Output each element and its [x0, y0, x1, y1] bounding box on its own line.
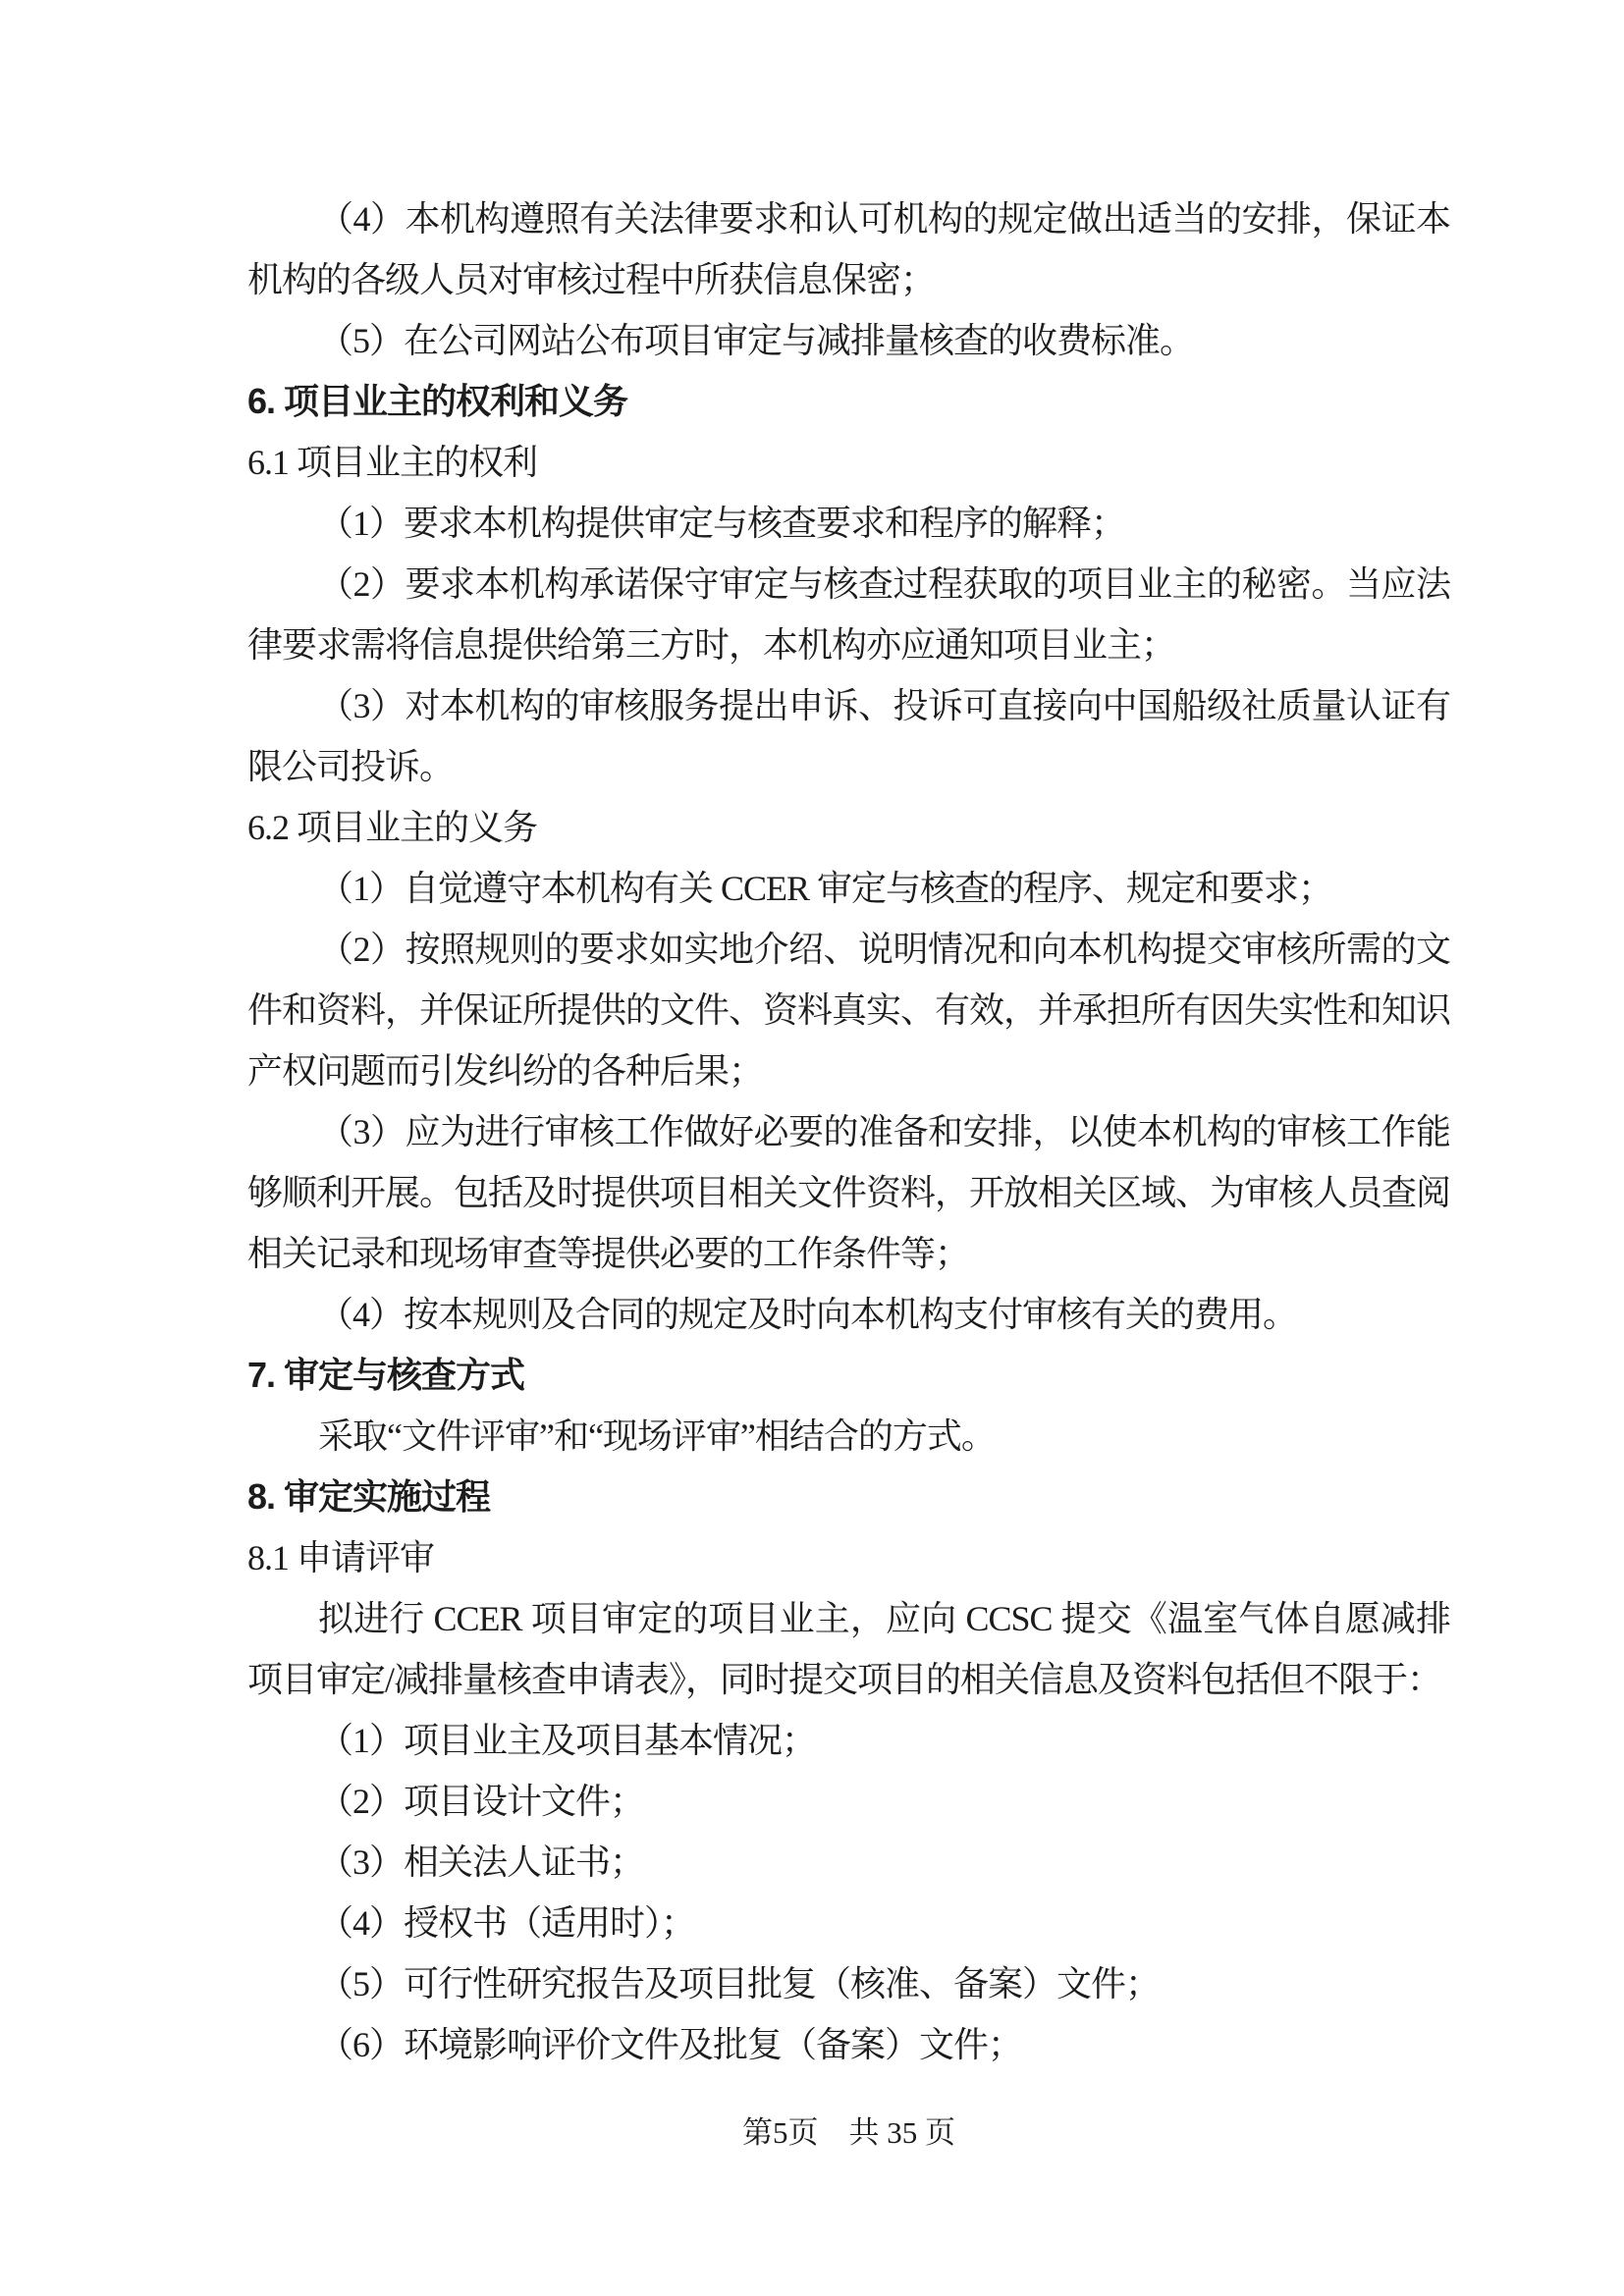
para-6-1-item-2: （2）要求本机构承诺保守审定与核查过程获取的项目业主的秘密。当应法律要求需将信息… — [247, 554, 1450, 675]
para-5-item-4: （4）本机构遵照有关法律要求和认可机构的规定做出适当的安排，保证本机构的各级人员… — [247, 188, 1450, 310]
para-8-1-item-6: （6）环境影响评价文件及批复（备案）文件； — [247, 2014, 1450, 2075]
para-8-1-item-5: （5）可行性研究报告及项目批复（核准、备案）文件； — [247, 1953, 1450, 2014]
para-8-1-item-3: （3）相关法人证书； — [247, 1832, 1450, 1893]
section-heading-8: 8. 审定实施过程 — [247, 1467, 1450, 1527]
page-footer: 第5页 共 35 页 — [247, 2103, 1450, 2163]
para-6-1-item-3: （3）对本机构的审核服务提出申诉、投诉可直接向中国船级社质量认证有限公司投诉。 — [247, 675, 1450, 797]
document-body: （4）本机构遵照有关法律要求和认可机构的规定做出适当的安排，保证本机构的各级人员… — [247, 188, 1450, 2075]
para-6-2-item-4: （4）按本规则及合同的规定及时向本机构支付审核有关的费用。 — [247, 1284, 1450, 1345]
subsection-heading-6-2: 6.2 项目业主的义务 — [247, 797, 1450, 858]
para-7-method: 采取“文件评审”和“现场评审”相结合的方式。 — [247, 1406, 1450, 1467]
para-5-item-5: （5）在公司网站公布项目审定与减排量核查的收费标准。 — [247, 310, 1450, 371]
para-6-1-item-1: （1）要求本机构提供审定与核查要求和程序的解释； — [247, 493, 1450, 554]
para-8-1-item-4: （4）授权书（适用时）； — [247, 1893, 1450, 1953]
subsection-heading-6-1: 6.1 项目业主的权利 — [247, 432, 1450, 493]
para-6-2-item-3: （3）应为进行审核工作做好必要的准备和安排，以使本机构的审核工作能够顺利开展。包… — [247, 1101, 1450, 1284]
subsection-heading-8-1: 8.1 申请评审 — [247, 1527, 1450, 1588]
document-page: （4）本机构遵照有关法律要求和认可机构的规定做出适当的安排，保证本机构的各级人员… — [0, 0, 1624, 2296]
para-8-1-item-2: （2）项目设计文件； — [247, 1771, 1450, 1832]
para-6-2-item-2: （2）按照规则的要求如实地介绍、说明情况和向本机构提交审核所需的文件和资料，并保… — [247, 919, 1450, 1101]
para-8-1-intro: 拟进行 CCER 项目审定的项目业主，应向 CCSC 提交《温室气体自愿减排项目… — [247, 1588, 1450, 1710]
para-6-2-item-1: （1）自觉遵守本机构有关 CCER 审定与核查的程序、规定和要求； — [247, 858, 1450, 919]
section-heading-7: 7. 审定与核查方式 — [247, 1345, 1450, 1406]
section-heading-6: 6. 项目业主的权利和义务 — [247, 371, 1450, 432]
para-8-1-item-1: （1）项目业主及项目基本情况； — [247, 1710, 1450, 1771]
